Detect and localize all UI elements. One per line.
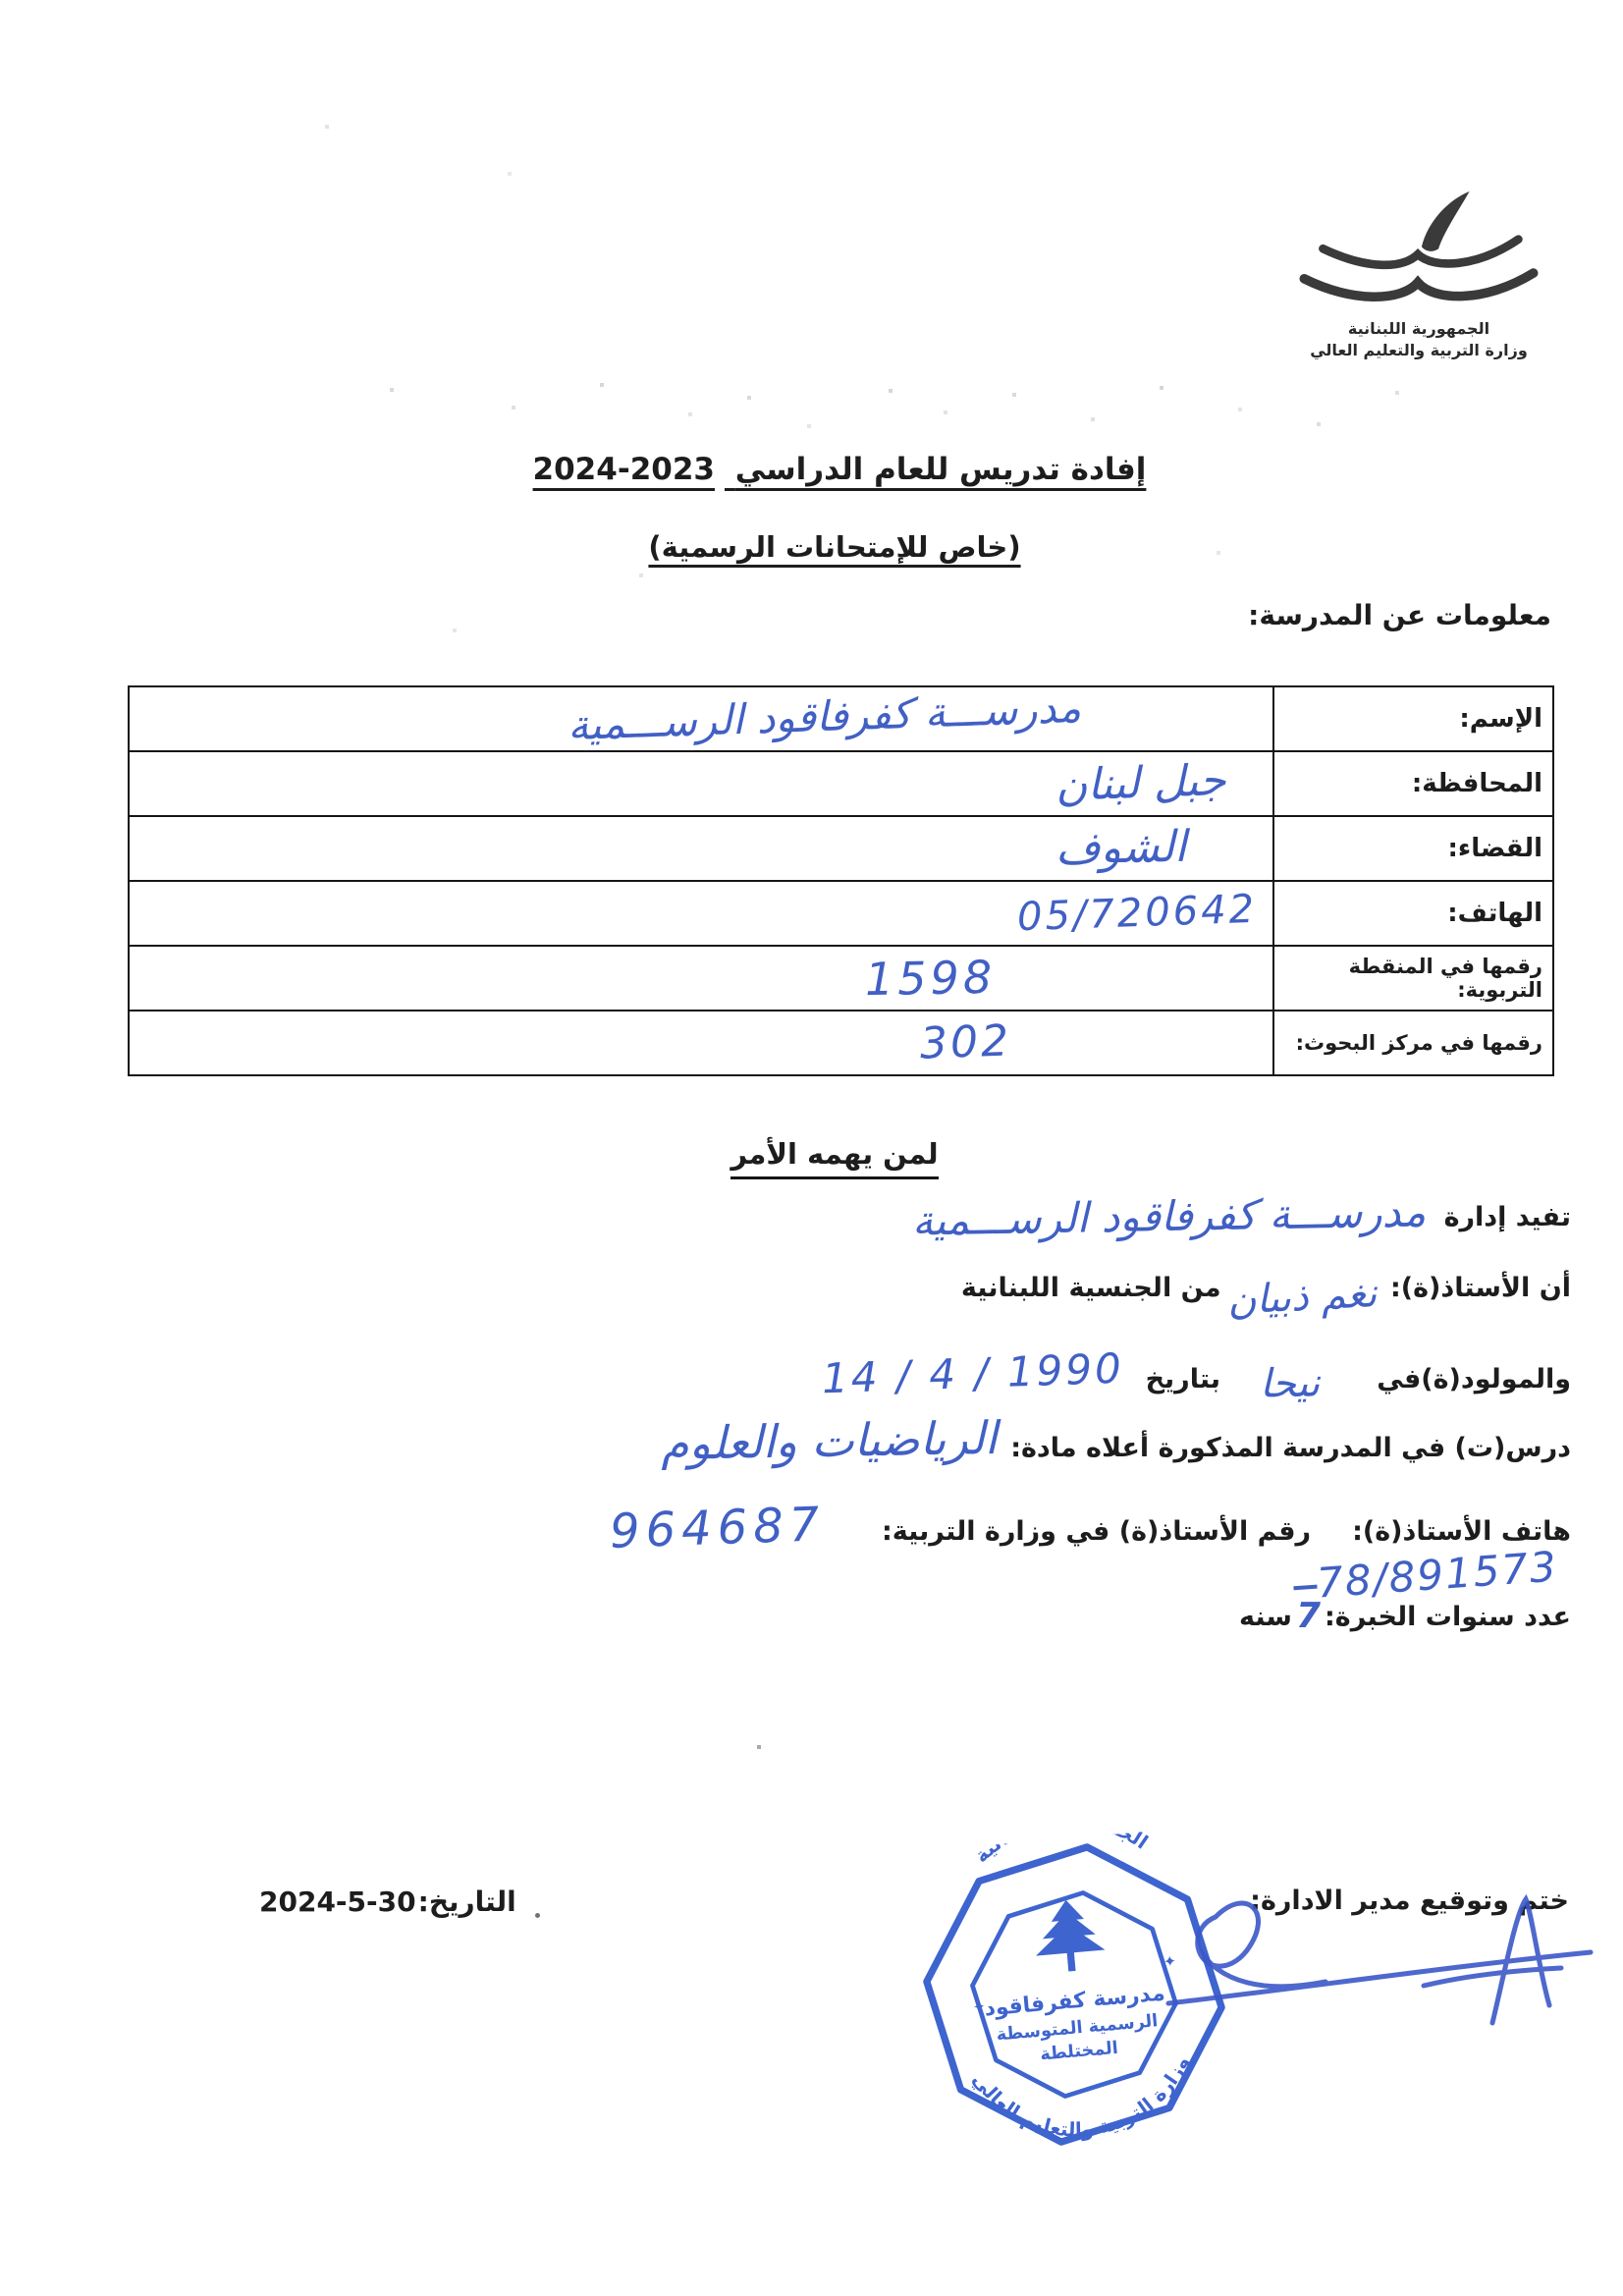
line1-label: تفيد إدارة bbox=[1444, 1202, 1571, 1232]
line2-teacher-name-handwritten: نغم ذبيان bbox=[1226, 1274, 1378, 1321]
line5-ministry-number-label: رقم الأستاذ(ة) في وزارة التربية: bbox=[882, 1516, 1311, 1547]
line5-ministry-number-handwritten: 964687 bbox=[609, 1501, 826, 1556]
stamp-star-left-icon: ✦ bbox=[972, 1997, 987, 2016]
letter-line-subject: درس(ت) في المدرسة المذكورة أعلاه مادة: ا… bbox=[661, 1432, 1571, 1463]
line2-nationality: من الجنسية اللبنانية bbox=[961, 1273, 1221, 1303]
line6-suffix: سنه bbox=[1239, 1602, 1292, 1632]
logo-line2: وزارة التربية والتعليم العالي bbox=[1257, 340, 1581, 361]
row-label-district: القضاء: bbox=[1272, 817, 1552, 880]
line3-birthplace-handwritten: نيحا bbox=[1260, 1363, 1321, 1403]
table-row: الإسم: مدرســـة كفرفاقود الرســـمية bbox=[128, 685, 1554, 752]
date-value: 2024-5-30 bbox=[259, 1886, 416, 1918]
line2-label: أن الأستاذ(ة): bbox=[1390, 1273, 1571, 1303]
table-row: الهاتف: 05/720642 bbox=[128, 880, 1554, 947]
line3-label: والمولود(ة)في bbox=[1377, 1364, 1571, 1394]
line6-label: عدد سنوات الخبرة: bbox=[1325, 1602, 1571, 1632]
scanned-teaching-certificate: الجمهورية اللبنانية وزارة التربية والتعل… bbox=[0, 0, 1623, 2296]
line5-phone-label: هاتف الأستاذ(ة): bbox=[1352, 1516, 1571, 1547]
line4-subject-handwritten: الرياضيات والعلوم bbox=[660, 1415, 997, 1466]
letter-line-numbers: هاتف الأستاذ(ة): رقم الأستاذ(ة) في وزارة… bbox=[610, 1510, 1571, 1552]
letter-line-birth: والمولود(ة)في نيحا بتاريخ 14 / 4 / 1990 bbox=[822, 1353, 1571, 1404]
row-value-name: مدرســـة كفرفاقود الرســـمية bbox=[567, 687, 1081, 746]
teacher-phone-handwritten: 78/891573 bbox=[1288, 1546, 1559, 1606]
title-years: 2024-2023 bbox=[533, 452, 715, 487]
row-label-governorate: المحافظة: bbox=[1272, 752, 1552, 815]
row-label-research-center-number: رقمها في مركز البحوث: bbox=[1272, 1011, 1552, 1074]
title-text: إفادة تدريس للعام الدراسي bbox=[735, 452, 1147, 487]
school-info-heading: معلومات عن المدرسة: bbox=[1248, 599, 1551, 631]
school-info-table: الإسم: مدرســـة كفرفاقود الرســـمية المح… bbox=[128, 685, 1554, 1076]
row-label-edu-zone-number: رقمها في المنقطة التربوية: bbox=[1272, 947, 1552, 1010]
line3-birthdate-handwritten: 14 / 4 / 1990 bbox=[821, 1348, 1124, 1400]
table-row: رقمها في المنقطة التربوية: 1598 bbox=[128, 945, 1554, 1011]
line1-school-name-handwritten: مدرســـة كفرفاقود الرســـمية bbox=[912, 1191, 1427, 1241]
document-title: إفادة تدريس للعام الدراسي 2024-2023 bbox=[295, 452, 1375, 487]
document-subtitle: (خاص للإمتحانات الرسمية) bbox=[295, 530, 1375, 564]
letter-line-administration: تفيد إدارة مدرســـة كفرفاقود الرســـمية bbox=[912, 1196, 1571, 1237]
letter-line-teacher: أن الأستاذ(ة): نغم ذبيان من الجنسية اللب… bbox=[961, 1273, 1571, 1303]
row-value-research-center-number: 302 bbox=[919, 1019, 1011, 1066]
signature-strokes bbox=[1100, 1856, 1620, 2102]
cedar-tree-icon bbox=[1031, 1897, 1107, 1975]
table-row: رقمها في مركز البحوث: 302 bbox=[128, 1010, 1554, 1076]
letter-heading: لمن يهمه الأمر bbox=[707, 1137, 962, 1179]
row-value-district: الشوف bbox=[1055, 826, 1186, 871]
line3-date-label: بتاريخ bbox=[1146, 1364, 1220, 1394]
scan-noise bbox=[0, 0, 2, 2]
date-line: التاريخ:2024-5-30 bbox=[257, 1886, 516, 1918]
pen-dash-mark bbox=[1293, 1584, 1317, 1590]
row-value-phone: 05/720642 bbox=[1016, 890, 1257, 937]
date-label: التاريخ: bbox=[418, 1886, 516, 1918]
table-row: المحافظة: جبل لبنان bbox=[128, 750, 1554, 817]
row-label-name: الإسم: bbox=[1272, 687, 1552, 750]
table-row: القضاء: الشوف bbox=[128, 815, 1554, 882]
letter-line-experience: عدد سنوات الخبرة: 7 سنه bbox=[1239, 1599, 1571, 1634]
row-value-governorate: جبل لبنان bbox=[1055, 759, 1226, 808]
row-label-phone: الهاتف: bbox=[1272, 882, 1552, 945]
ministry-logo: الجمهورية اللبنانية وزارة التربية والتعل… bbox=[1257, 189, 1581, 361]
line4-label: درس(ت) في المدرسة المذكورة أعلاه مادة: bbox=[1010, 1433, 1571, 1463]
director-signature bbox=[1100, 1856, 1620, 2102]
line6-years-handwritten: 7 bbox=[1296, 1599, 1321, 1634]
row-value-edu-zone-number: 1598 bbox=[865, 955, 997, 1002]
scan-dot bbox=[535, 1913, 540, 1918]
open-book-quill-icon bbox=[1296, 189, 1542, 318]
logo-line1: الجمهورية اللبنانية bbox=[1257, 318, 1581, 340]
